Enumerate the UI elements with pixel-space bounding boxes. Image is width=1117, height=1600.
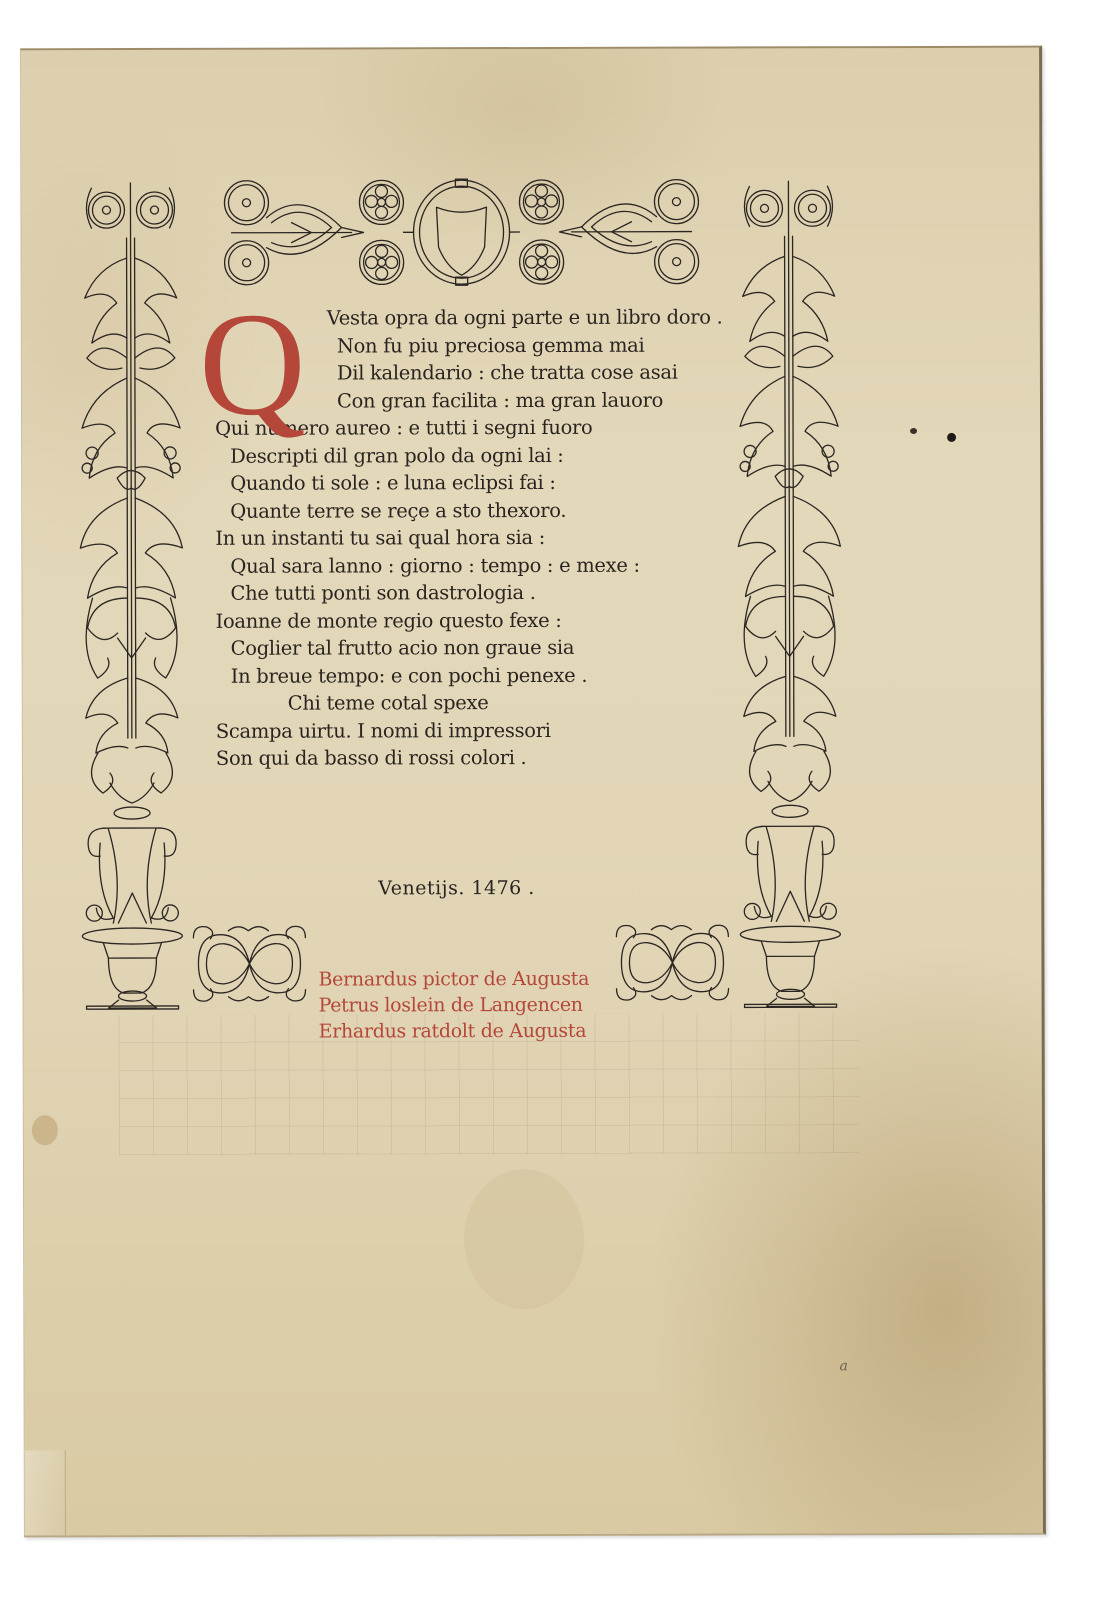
- rosette-icon: [86, 183, 174, 228]
- poem-line: Ioanne de monte regio questo fexe :: [216, 606, 736, 635]
- poem-line: Quante terre se reçe a sto thexoro.: [215, 496, 735, 525]
- acanthus-leaf-icon: [738, 226, 842, 801]
- vine-scroll-icon: [231, 204, 691, 255]
- poem-line: Chi teme cotal spexe: [216, 688, 736, 717]
- poem-line: In breue tempo: e con pochi penexe .: [216, 661, 736, 690]
- poem-line: Qual sara lanno : giorno : tempo : e mex…: [215, 551, 735, 580]
- rosette-icon: [744, 181, 832, 226]
- knot-left-ornament: [188, 923, 310, 1005]
- foxing-stain: [910, 428, 917, 434]
- foxing-stain: [947, 433, 956, 442]
- poem-line: Scampa uirtu. I nomi di impressori: [216, 716, 736, 745]
- acanthus-leaf-icon: [80, 228, 184, 803]
- left-column-ornament: [76, 178, 193, 1008]
- poem-line: Quando ti sole : e luna eclipsi fai :: [215, 468, 735, 497]
- book-page: Q Vesta opra da ogni parte e un libro do…: [20, 46, 1046, 1538]
- printers-colophon: Bernardus pictor de Augusta Petrus losle…: [318, 966, 589, 1045]
- red-initial-letter: Q: [199, 295, 306, 435]
- imprint-date: Venetijs. 1476 .: [378, 877, 535, 899]
- printer-name: Erhardus ratdolt de Augusta: [319, 1018, 590, 1045]
- vase-icon: [740, 805, 841, 1007]
- poem-line: Son qui da basso di rossi colori .: [216, 743, 736, 772]
- interlace-knot-icon: [193, 926, 305, 1001]
- signature-mark: a: [839, 1358, 847, 1374]
- page-fold-corner: [25, 1450, 66, 1535]
- foxing-stain: [464, 1169, 584, 1309]
- interlace-knot-icon: [616, 925, 728, 1000]
- knot-right-ornament: [611, 921, 733, 1003]
- shield-icon: [413, 179, 509, 285]
- printer-name: Bernardus pictor de Augusta: [318, 966, 589, 993]
- vase-icon: [82, 807, 183, 1009]
- top-border-ornament: [191, 176, 731, 287]
- poem-text: Q Vesta opra da ogni parte e un libro do…: [215, 303, 736, 772]
- foxing-stain: [32, 1115, 58, 1145]
- poem-line: In un instanti tu sai qual hora sia :: [215, 523, 735, 552]
- poem-line: Che tutti ponti son dastrologia .: [215, 578, 735, 607]
- right-column-ornament: [734, 176, 851, 1006]
- printer-name: Petrus loslein de Langencen: [319, 992, 590, 1019]
- poem-line: Coglier tal frutto acio non graue sia: [216, 633, 736, 662]
